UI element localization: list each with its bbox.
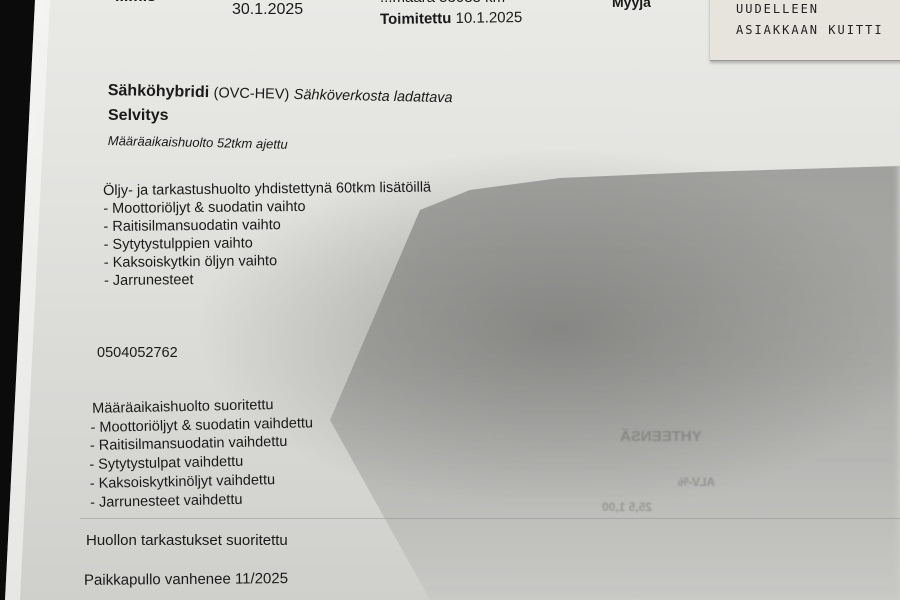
header-date: 30.1.2025 [232, 1, 303, 19]
phone-number: 0504052762 [97, 345, 178, 361]
header-mileage: ...määrä 53088 km [380, 0, 505, 6]
expiry-note: Paikkapullo vanhenee 11/2025 [84, 570, 288, 589]
vehicle-type: Sähköhybridi [108, 82, 210, 101]
receipt-slip-line2: ASIAKKAAN KUITTI [736, 23, 884, 37]
header-cut-label: ...mis [115, 0, 156, 6]
delivered-date: 10.1.2025 [455, 9, 522, 27]
receipt-slip-line1: UUDELLEEN [736, 2, 819, 16]
section-title: Selvitys [108, 107, 168, 125]
delivered-row: Toimitettu 10.1.2025 [380, 9, 523, 28]
vehicle-code: (OVC-HEV) [213, 85, 289, 103]
delivered-label: Toimitettu [380, 10, 452, 28]
completed-work-list: Määräaikaishuolto suoritettu - Moottoriö… [88, 395, 315, 512]
vehicle-description: Sähköverkosta ladattava [294, 87, 453, 106]
seller-label: Myyjä [612, 0, 651, 10]
planned-work-heading: Öljy- ja tarkastushuolto yhdistettynä 60… [103, 179, 431, 200]
receipt-slip: UUDELLEEN ASIAKKAAN KUITTI [710, 0, 900, 61]
list-item: - Jarrunesteet [104, 269, 432, 290]
planned-work-list: Öljy- ja tarkastushuolto yhdistettynä 60… [103, 179, 432, 290]
inspection-note: Huollon tarkastukset suoritettu [86, 532, 288, 549]
